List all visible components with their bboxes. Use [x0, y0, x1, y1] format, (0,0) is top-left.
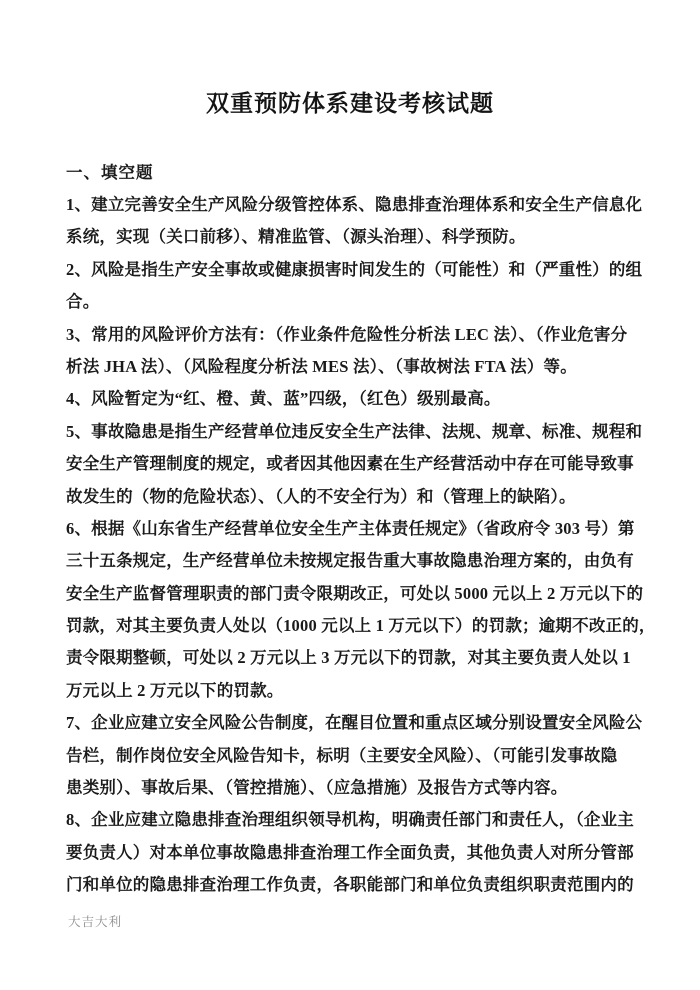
- document-line: 合。: [66, 286, 638, 318]
- document-line: 患类别）、事故后果、（管控措施）、（应急措施）及报告方式等内容。: [66, 772, 638, 804]
- document-line: 析法 JHA 法）、（风险程度分析法 MES 法）、（事故树法 FTA 法）等。: [66, 351, 638, 383]
- document-line: 6、根据《山东省生产经营单位安全生产主体责任规定》（省政府令 303 号）第: [66, 513, 638, 545]
- document-line: 8、企业应建立隐患排查治理组织领导机构，明确责任部门和责任人，（企业主: [66, 804, 638, 836]
- document-line: 4、风险暂定为“红、橙、黄、蓝”四级，（红色）级别最高。: [66, 383, 638, 415]
- document-line: 3、常用的风险评价方法有：（作业条件危险性分析法 LEC 法）、（作业危害分: [66, 319, 638, 351]
- document-line: 1、建立完善安全生产风险分级管控体系、隐患排查治理体系和安全生产信息化: [66, 189, 638, 221]
- section-heading: 一、填空题: [66, 156, 638, 189]
- document-line: 系统，实现（关口前移）、精准监管、（源头治理）、科学预防。: [66, 221, 638, 253]
- document-line: 安全生产管理制度的规定，或者因其他因素在生产经营活动中存在可能导致事: [66, 448, 638, 480]
- document-line: 安全生产监督管理职责的部门责令限期改正，可处以 5000 元以上 2 万元以下的: [66, 578, 638, 610]
- document-line: 5、事故隐患是指生产经营单位违反安全生产法律、法规、规章、标准、规程和: [66, 416, 638, 448]
- document-line: 三十五条规定，生产经营单位未按规定报告重大事故隐患治理方案的，由负有: [66, 545, 638, 577]
- document-line: 告栏，制作岗位安全风险告知卡，标明（主要安全风险）、（可能引发事故隐: [66, 740, 638, 772]
- document-line: 要负责人）对本单位事故隐患排查治理工作全面负责，其他负责人对所分管部: [66, 837, 638, 869]
- document-page: 双重预防体系建设考核试题 一、填空题 1、建立完善安全生产风险分级管控体系、隐患…: [0, 0, 700, 990]
- document-line: 罚款，对其主要负责人处以（1000 元以上 1 万元以下）的罚款；逾期不改正的，: [66, 610, 638, 642]
- document-line: 2、风险是指生产安全事故或健康损害时间发生的（可能性）和（严重性）的组: [66, 254, 638, 286]
- document-line: 7、企业应建立安全风险公告制度，在醒目位置和重点区域分别设置安全风险公: [66, 707, 638, 739]
- document-title: 双重预防体系建设考核试题: [0, 85, 700, 118]
- page-footer: 大吉大利: [68, 912, 122, 930]
- document-line: 故发生的（物的危险状态）、（人的不安全行为）和（管理上的缺陷）。: [66, 481, 638, 513]
- document-line: 责令限期整顿，可处以 2 万元以上 3 万元以下的罚款，对其主要负责人处以 1: [66, 642, 638, 674]
- document-line: 门和单位的隐患排查治理工作负责，各职能部门和单位负责组织职责范围内的: [66, 869, 638, 901]
- document-body: 一、填空题 1、建立完善安全生产风险分级管控体系、隐患排查治理体系和安全生产信息…: [66, 156, 638, 902]
- document-line: 万元以上 2 万元以下的罚款。: [66, 675, 638, 707]
